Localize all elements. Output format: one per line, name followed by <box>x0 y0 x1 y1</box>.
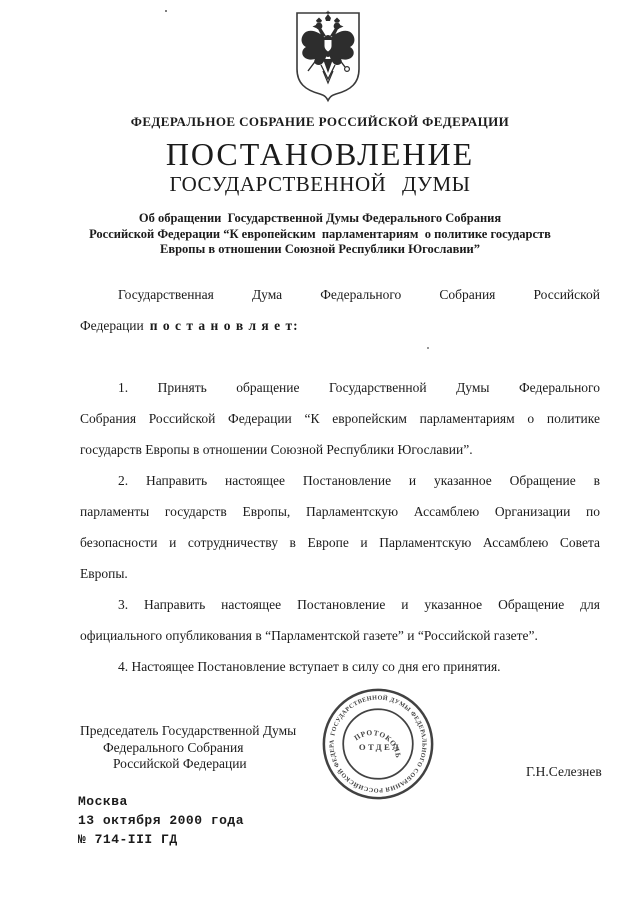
blank-line <box>80 341 600 372</box>
document-subject: Об обращении Государственной Думы Федера… <box>0 211 640 258</box>
date-line: 13 октября 2000 года <box>78 811 244 830</box>
resolution-item-2-line: Европы. <box>80 558 600 589</box>
resolution-item-4-line: 4. Настоящее Постановление вступает в си… <box>80 651 600 682</box>
resolution-body: Государственная Дума Федерального Собран… <box>80 279 600 682</box>
intro-line: Государственная Дума Федерального Собран… <box>80 279 600 310</box>
organization-name: ФЕДЕРАЛЬНОЕ СОБРАНИЕ РОССИЙСКОЙ ФЕДЕРАЦИ… <box>0 114 640 130</box>
subject-line: Об обращении Государственной Думы Федера… <box>0 211 640 227</box>
resolution-item-2-line: парламенты государств Европы, Парламентс… <box>80 496 600 527</box>
document-footer: Москва 13 октября 2000 года № 714-III ГД <box>78 792 244 849</box>
signatory-title-line: Председатель Государственной Думы <box>80 723 296 740</box>
scan-speck <box>165 10 167 12</box>
russian-coat-of-arms <box>292 8 364 104</box>
decree-word: п о с т а н о в л я е т: <box>150 318 299 333</box>
resolution-item-1-line: 1. Принять обращение Государственной Дум… <box>80 372 600 403</box>
document-type-title: ПОСТАНОВЛЕНИЕ <box>0 136 640 173</box>
round-seal-icon: ГОСУДАРСТВЕННОЙ ДУМЫ ФЕДЕРАЛЬНОГО СОБРАН… <box>320 686 436 802</box>
resolution-item-3-line: официального опубликования в “Парламентс… <box>80 620 600 651</box>
signature-block: Председатель Государственной Думы Федера… <box>80 723 296 773</box>
resolution-item-1-line: Собрания Российской Федерации “К европей… <box>80 403 600 434</box>
resolution-item-2-line: 2. Направить настоящее Постановление и у… <box>80 465 600 496</box>
resolution-item-2-line: безопасности и сотрудничеству в Европе и… <box>80 527 600 558</box>
resolution-item-3-line: 3. Направить настоящее Постановление и у… <box>80 589 600 620</box>
signatory-name: Г.Н.Селезнев <box>526 764 602 780</box>
scanned-document-page: ФЕДЕРАЛЬНОЕ СОБРАНИЕ РОССИЙСКОЙ ФЕДЕРАЦИ… <box>0 0 640 900</box>
subject-line: Российской Федерации “К европейским парл… <box>0 227 640 243</box>
place-line: Москва <box>78 792 244 811</box>
signatory-title-line: Российской Федерации <box>80 756 296 773</box>
number-line: № 714-III ГД <box>78 830 244 849</box>
signatory-title-line: Федерального Собрания <box>80 740 296 757</box>
document-author-title: ГОСУДАРСТВЕННОЙ ДУМЫ <box>0 172 640 197</box>
resolution-item-1-line: государств Европы в отношении Союзной Ре… <box>80 434 600 465</box>
double-headed-eagle-icon <box>292 8 364 104</box>
intro-text: Федерации <box>80 318 144 333</box>
subject-line: Европы в отношении Союзной Республики Юг… <box>0 242 640 258</box>
intro-line: Федерациип о с т а н о в л я е т: <box>80 310 600 341</box>
stamp-center-text: ОТДЕЛ <box>359 742 401 752</box>
protocol-department-stamp: ГОСУДАРСТВЕННОЙ ДУМЫ ФЕДЕРАЛЬНОГО СОБРАН… <box>320 686 436 802</box>
